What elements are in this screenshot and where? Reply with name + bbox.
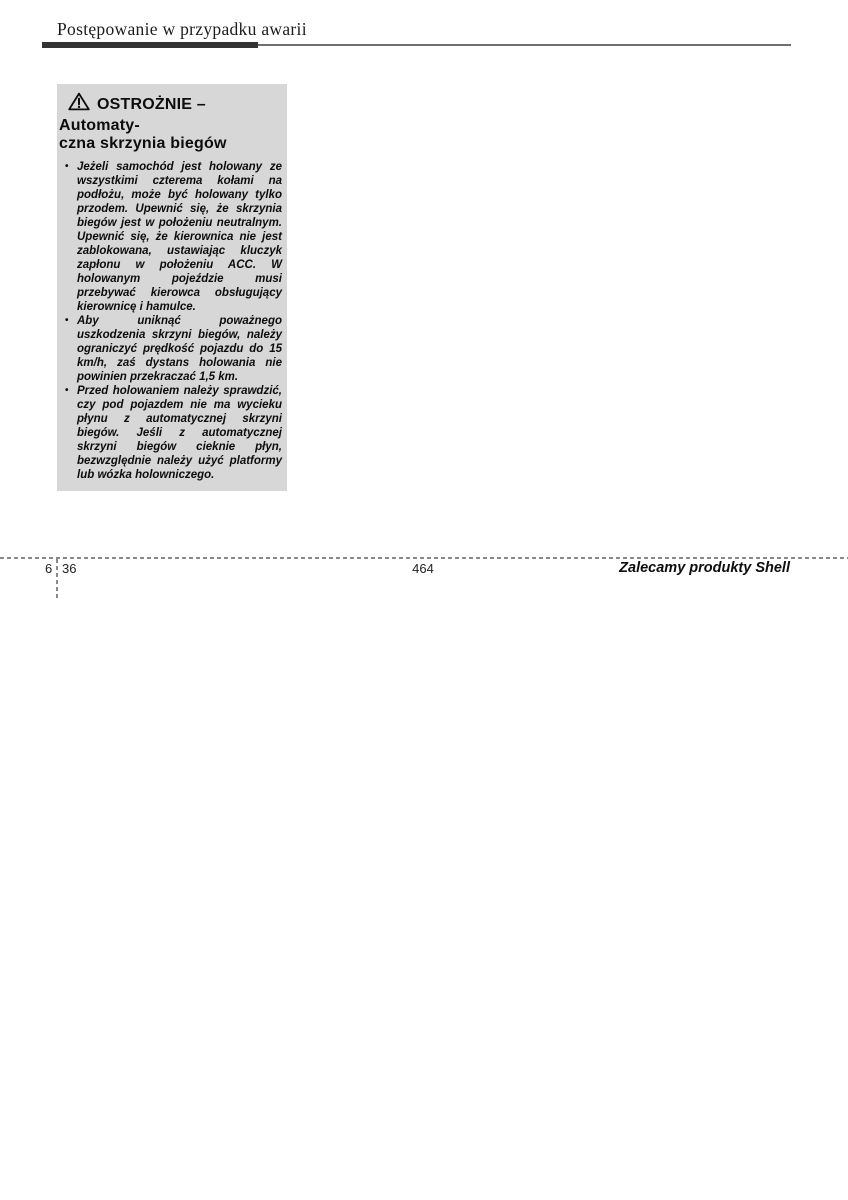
bullet-text: Przed holowaniem należy sprawdzić, czy p… xyxy=(77,384,284,482)
bullet-marker-icon: • xyxy=(59,160,77,314)
header-rule-thick xyxy=(42,42,258,48)
bullet-text: Jeżeli samochód jest holowany ze wszystk… xyxy=(77,160,284,314)
footer-crop-mark xyxy=(56,559,58,599)
warning-box-bullet-list: • Jeżeli samochód jest holowany ze wszys… xyxy=(59,160,284,482)
page-title: Postępowanie w przypadku awarii xyxy=(57,19,307,40)
footer-slogan: Zalecamy produkty Shell xyxy=(619,560,790,576)
manual-page: Postępowanie w przypadku awarii OSTROŻNI… xyxy=(0,0,848,1200)
bullet-text: Aby uniknąć poważnego uszkodzenia skrzyn… xyxy=(77,314,284,384)
list-item: • Przed holowaniem należy sprawdzić, czy… xyxy=(59,384,284,482)
bullet-marker-icon: • xyxy=(59,384,77,482)
list-item: • Jeżeli samochód jest holowany ze wszys… xyxy=(59,160,284,314)
footer-dotted-rule xyxy=(0,557,848,559)
header-rule-thin xyxy=(258,44,791,46)
warning-box-title: OSTROŻNIE – Automaty- czna skrzynia bieg… xyxy=(59,92,284,154)
list-item: • Aby uniknąć poważnego uszkodzenia skrz… xyxy=(59,314,284,384)
footer-page-in-section: 36 xyxy=(62,561,76,576)
bullet-marker-icon: • xyxy=(59,314,77,384)
footer-section-number: 6 xyxy=(45,561,52,576)
warning-box: OSTROŻNIE – Automaty- czna skrzynia bieg… xyxy=(57,84,287,491)
footer-page-number: 464 xyxy=(400,561,446,576)
warning-triangle-icon xyxy=(68,92,90,117)
